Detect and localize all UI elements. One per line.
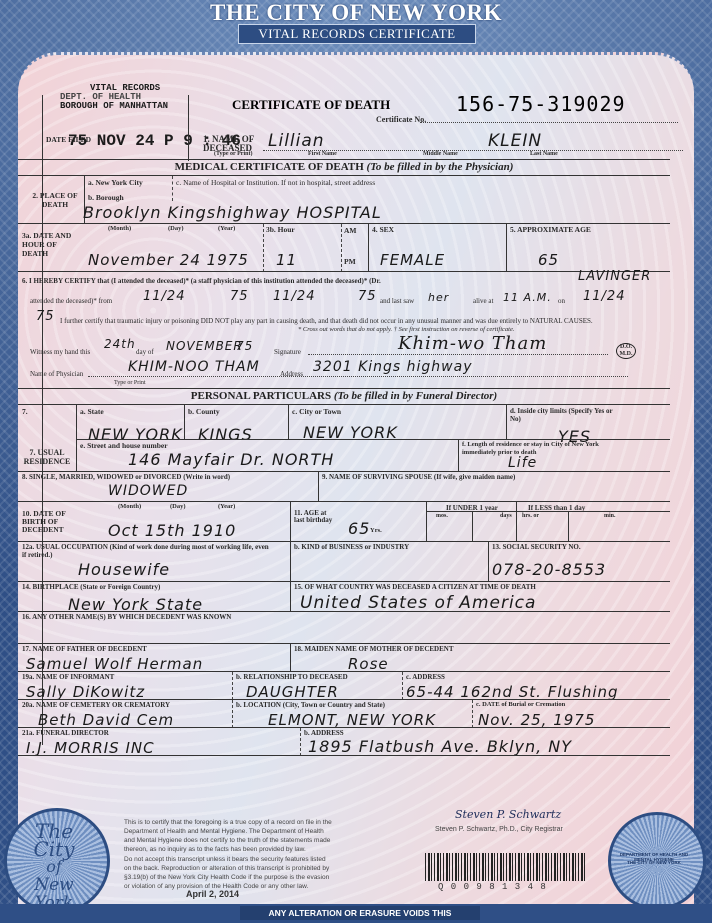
certificate-paper: VITAL RECORDS DEPT. OF HEALTH BOROUGH OF… [18,52,694,907]
further-certify-text: I further certify that traumatic injury … [60,317,660,326]
approx-age-label: 5. APPROXIMATE AGE [510,225,591,234]
marital-value: WIDOWED [108,483,188,499]
cemetery-location-label: b. LOCATION (City, Town or Country and S… [236,701,385,709]
stamp-divider [188,95,189,133]
rule-v [232,672,233,700]
rule-v [290,502,291,542]
hour-label: 3b. Hour [266,225,295,234]
rule [76,439,670,440]
age-value: 65 [348,519,370,538]
name-line [263,150,683,151]
state-label: a. State [80,407,104,416]
cemetery-label: 20a. NAME OF CEMETERY OR CREMATORY [22,701,170,709]
inside-city-label: d. Inside city limits (Specify Yes or No… [510,407,620,423]
last-name-value: KLEIN [488,131,542,151]
street-label: e. Street and house number [80,441,168,450]
rule-v [368,224,369,272]
seal-word: City [14,840,94,858]
date-of-death-label: 3a. DATE AND HOUR OF DEATH [22,231,82,258]
marital-label: 8. SINGLE, MARRIED, WIDOWED or DIVORCED … [22,473,230,481]
rule-v [488,542,489,582]
witness-month: NOVEMBER [166,339,243,353]
physician-name-value: KHIM-NOO THAM [128,359,260,375]
occupation-value: Housewife [78,560,170,579]
dob-year-label: (Year) [218,503,235,510]
do-md-mark: D.O. M.D. [616,343,636,359]
attended-from-year: 75 [230,289,249,304]
witness-month-text: day of [136,348,154,356]
citizen-label: 15. OF WHAT COUNTRY WAS DECEASED A CITIZ… [294,583,536,591]
physician-signature: Khim-wo Tham [398,333,547,354]
rule [18,699,670,700]
rule-v [506,224,507,272]
certifying-doctor: LAVINGER [578,269,651,284]
issue-date: April 2, 2014 [186,889,239,899]
sex-label: 4. SEX [372,225,394,234]
rule-v [290,542,291,582]
residence-label: 7. USUAL RESIDENCE [22,448,72,466]
city-label: c. City or Town [292,407,341,416]
months-label: mos. [436,513,448,519]
certify-paragraph: This is to certify that the foregoing is… [124,818,334,854]
birthplace-label: 14. BIRTHPLACE (State or Foreign Country… [22,583,160,591]
rule [18,404,670,405]
registrar-signature: Steven P. Schwartz [455,808,561,821]
personal-heading: PERSONAL PARTICULARS (To be filled in by… [18,390,670,402]
rule-v [288,405,289,440]
witness-day: 24th [104,337,136,351]
certificate-number-line [420,122,678,123]
witness-year: 75 [236,339,253,353]
ssn-label: 13. SOCIAL SECURITY NO. [492,543,581,551]
rule-v [263,224,264,272]
rule [18,643,670,644]
physician-name-label: Name of Physician [30,370,83,378]
hospital-label: c. Name of Hospital or Institution. If n… [176,178,375,187]
month-label: (Month) [108,225,131,232]
residence-number: 7. [22,407,28,416]
alive-at-value: 11 A.M. [503,291,552,304]
rule [18,223,670,224]
vital-records-subtitle: VITAL RECORDS CERTIFICATE [238,24,476,44]
citizen-value: United States of America [300,593,536,613]
rule [18,727,670,728]
seal-right-text-bottom: THE CITY OF NEW YORK [612,860,696,865]
rule-v [290,582,291,612]
rule [18,501,670,502]
signature-line [308,354,608,355]
spouse-label: 9. NAME OF SURVIVING SPOUSE (If wife, gi… [322,473,515,481]
residence-length-value: Life [508,455,537,471]
dob-value: Oct 15th 1910 [108,521,236,540]
funeral-address-label: b. ADDRESS [304,729,344,737]
physician-address-value: 3201 Kings highway [313,359,473,375]
certificate-title: CERTIFICATE OF DEATH [232,97,390,113]
pm-label: PM [344,257,356,266]
rule-v [516,502,517,542]
funeral-director-label: 21a. FUNERAL DIRECTOR [22,729,109,737]
rule [18,159,670,160]
attended-from: 11/24 [143,289,185,304]
informant-label: 19a. NAME OF INFORMANT [22,673,114,681]
cross-out-note: * Cross out words that do not apply. † S… [298,326,514,333]
attended-to: 11/24 [273,289,315,304]
alteration-warning-banner: ANY ALTERATION OR ERASURE VOIDS THIS CER… [240,906,480,920]
sex-value: FEMALE [380,251,445,269]
alive-at-text: alive at [473,297,493,305]
first-name-value: Lillian [268,131,325,151]
street-value: 146 Mayfair Dr. NORTH [128,450,334,469]
rule [18,671,670,672]
barcode [425,853,585,881]
on-text: on [558,297,565,305]
borough-stamp: BOROUGH OF MANHATTAN [60,101,168,111]
on-value: 11/24 [583,289,625,304]
approx-age-value: 65 [538,251,559,269]
occupation-label: 12a. USUAL OCCUPATION (Kind of work done… [22,543,272,559]
rule [18,611,670,612]
year-label: (Year) [218,225,235,232]
rule [18,581,670,582]
barcode-number: Q 0 0 9 8 1 3 4 8 [438,882,547,892]
registrar-name: Steven P. Schwartz, Ph.D., City Registra… [435,826,563,833]
business-label: b. KIND of BUSINESS or INDUSTRY [294,543,409,551]
rule-v [568,512,569,542]
funeral-address-value: 1895 Flatbush Ave. Bklyn, NY [308,737,572,756]
nyc-label: a. New York City [88,178,143,187]
rule-v [290,644,291,672]
city-seal-text: The City of New York [14,822,94,912]
last-saw-text: and last saw [380,297,414,305]
medical-heading: MEDICAL CERTIFICATE OF DEATH (To be fill… [18,161,670,173]
rule-v [318,472,319,502]
rule-v [341,224,342,272]
certify-text: 6. I HEREBY CERTIFY that (I attended the… [22,277,381,285]
warning-paragraph: Do not accept this transcript unless it … [124,855,334,891]
certificate-number-label: Certificate No. [376,115,426,124]
day-label: (Day) [168,225,184,232]
witness-text: Witness my hand this [30,348,90,356]
rule-v [472,512,473,542]
county-value: KINGS [198,425,253,444]
further-year: 75 [36,309,55,324]
last-name-label: Last Name [530,151,558,157]
middle-name-label: Middle Name [423,151,458,157]
date-of-death-value: November 24 1975 [88,251,249,269]
place-value: Brooklyn Kingshighway HOSPITAL [83,203,382,222]
rule-v [426,502,427,542]
rule-v [472,700,473,728]
physician-line [88,376,628,377]
place-label: 2. PLACE OF DEATH [30,191,80,209]
rule-v [458,440,459,472]
hour-of-death-value: 11 [276,251,297,269]
borough-label: b. Borough [88,193,124,202]
dob-month-label: (Month) [118,503,141,510]
residence-length-label: f. Length of residence or stay in City o… [462,441,622,457]
first-name-label: First Name [308,151,337,157]
rule [18,755,670,756]
rule [18,271,670,272]
age-unit: Yrs. [370,527,382,534]
rule-v [402,672,403,700]
rule-v [300,728,301,756]
signature-label: Signature [274,348,301,356]
rule [18,471,670,472]
burial-date-label: c. DATE of Burial or Cremation [476,701,565,708]
last-saw-value: her [428,291,449,304]
rule-v [172,176,173,201]
dob-day-label: (Day) [170,503,186,510]
other-names-label: 16. ANY OTHER NAME(S) BY WHICH DECEDENT … [22,613,231,621]
mother-label: 18. MAIDEN NAME OF MOTHER OF DECEDENT [294,645,454,653]
rule-v [184,405,185,440]
rule [18,175,670,176]
date-filed-divider [188,133,189,161]
age-label: 11. AGE at last birthday [294,510,334,524]
dob-label: 10. DATE OF BIRTH OF DECEDENT [22,510,77,534]
minutes-label: min. [604,513,616,519]
rule [18,388,670,389]
hours-label: hrs. or [522,513,539,519]
rule-v [506,405,507,440]
certificate-number: 156-75-319029 [456,92,626,116]
informant-address-label: c. ADDRESS [406,673,445,681]
days-label: days [500,513,512,519]
county-label: b. County [188,407,220,416]
attended-to-year: 75 [358,289,377,304]
father-label: 17. NAME OF FATHER OF DECEDENT [22,645,147,653]
city-title: THE CITY OF NEW YORK [0,0,712,26]
rule-v [232,700,233,728]
attended-text: attended the deceased)* from [30,297,112,305]
rule [18,541,670,542]
am-label: AM [344,226,357,235]
physician-name-sublabel: Type or Print [114,380,146,386]
rule [426,511,670,512]
relationship-label: b. RELATIONSHIP TO DECEASED [236,673,348,681]
ssn-value: 078-20-8553 [492,560,606,579]
name-sublabel: (Type or Print) [214,151,252,157]
seal-word: of [14,858,94,876]
